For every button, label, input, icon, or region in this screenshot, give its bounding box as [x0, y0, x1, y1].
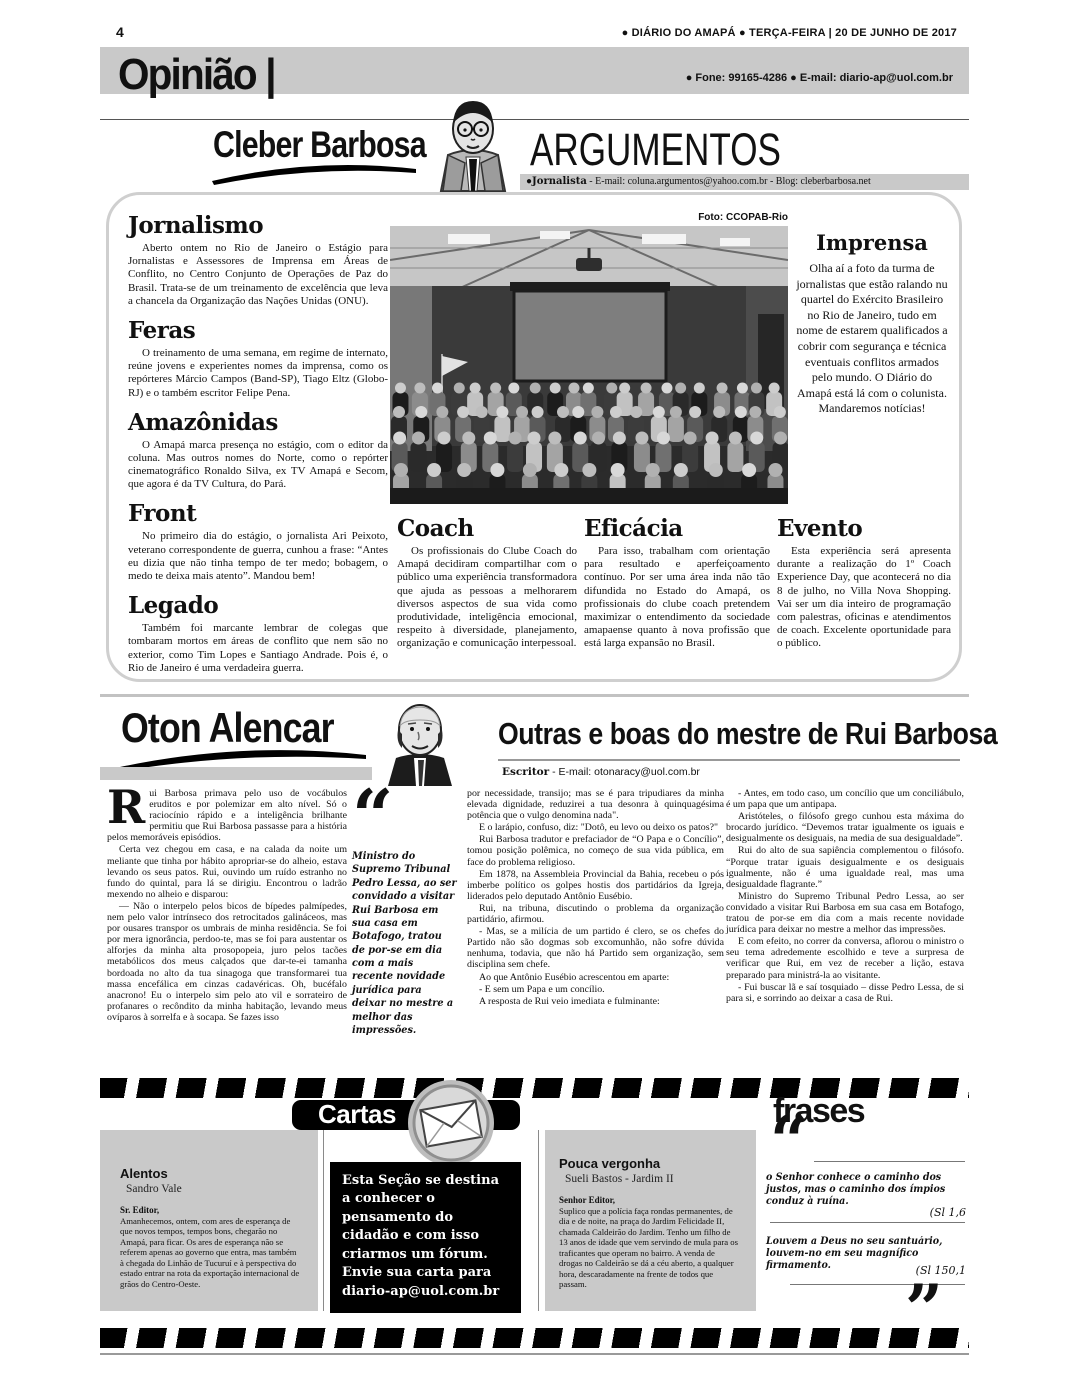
article-body: Esta experiência será apresenta durante … — [777, 545, 951, 651]
article-body: Aberto ontem no Rio de Janeiro o Estágio… — [128, 242, 388, 308]
section-title: Opinião | — [118, 50, 275, 100]
paragraph: Rui do alto de sua sapiência complemento… — [726, 845, 964, 889]
section-divider — [100, 694, 969, 697]
letter-title: Pouca vergonha — [559, 1156, 740, 1171]
credit-role: Jornalista — [532, 176, 587, 187]
article-body: Para isso, trabalham com orientação para… — [584, 545, 770, 651]
paragraph: - Fui buscar lã e saí tosquiado – disse … — [726, 982, 964, 1004]
open-quote-icon: “ — [770, 1122, 808, 1162]
pull-quote-text: Ministro do Supremo Tribunal Pedro Lessa… — [352, 850, 457, 1037]
article-coach: Coach Os profissionais do Clube Coach do… — [397, 515, 577, 651]
credit-contact: - E-mail: otonaracy@uol.com.br — [549, 766, 700, 778]
paragraph: A resposta de Rui veio imediata e fulmin… — [467, 996, 724, 1007]
paragraph: Rui, na tribuna, discutindo o problema d… — [467, 903, 724, 925]
bottom-rule — [100, 1353, 969, 1355]
masthead-rule — [100, 119, 969, 120]
article-jornalismo: Jornalismo Aberto ontem no Rio de Janeir… — [128, 212, 388, 308]
paragraph: - Antes, em todo caso, um concílio que u… — [726, 788, 964, 810]
oton-column-3: - Antes, em todo caso, um concílio que u… — [726, 788, 964, 1005]
article-amazonidas: Amazônidas O Amapá marca presença no est… — [128, 409, 388, 492]
article-eficacia: Eficácia Para isso, trabalham com orient… — [584, 515, 770, 651]
sidebar-title: Imprensa — [795, 230, 949, 255]
article-body: No primeiro dia do estágio, o jornalista… — [128, 530, 388, 583]
paragraph: Aristóteles, o filósofo grego cunhou est… — [726, 811, 964, 844]
letter-title: Alentos — [120, 1166, 302, 1181]
letter-pouca-vergonha: Pouca vergonha Sueli Bastos - Jardim II … — [545, 1130, 756, 1311]
letter-author: Sandro Vale — [120, 1183, 302, 1195]
contact-line: ● Fone: 99165-4286 ● E-mail: diario-ap@u… — [686, 72, 953, 84]
letter-alentos: Alentos Sandro Vale Sr. Editor, Amanhece… — [100, 1130, 318, 1311]
paragraph: Ao que Antônio Eusébio acrescentou em ap… — [467, 972, 724, 983]
frase-ref: (Sl 1,6 — [766, 1206, 966, 1219]
paragraph: Ministro do Supremo Tribunal Pedro Lessa… — [726, 891, 964, 935]
sidebar-body: Olha aí a foto da turma de jornalistas q… — [795, 261, 949, 417]
vertical-divider — [323, 1130, 324, 1311]
letter-body: Amanhecemos, ontem, com ares de esperanç… — [120, 1216, 302, 1289]
cartas-notice-box: Esta Seção se destina a conhecer o pensa… — [330, 1162, 521, 1313]
columnist-name-cleber: Cleber Barbosa — [213, 124, 426, 166]
headline-rule — [498, 759, 960, 761]
letter-salutation: Senhor Editor, — [559, 1195, 740, 1205]
article-body: Também foi marcante lembrar de colegas q… — [128, 622, 388, 675]
pull-quote: “ Ministro do Supremo Tribunal Pedro Les… — [352, 796, 464, 1037]
envelope-icon — [406, 1078, 496, 1168]
paragraph: E o larápio, confuso, diz: "Dotô, eu lev… — [467, 822, 724, 833]
paragraph: Em 1878, na Assembleia Provincial da Bah… — [467, 869, 724, 902]
cartas-title: Cartas — [318, 1099, 396, 1130]
close-quote-icon: ” — [905, 1290, 943, 1330]
open-quote-icon: “ — [352, 796, 464, 838]
newspaper-page: 4 ● DIÁRIO DO AMAPÁ ● TERÇA-FEIRA | 20 D… — [0, 0, 1069, 1383]
credit-contact: - E-mail: coluna.argumentos@yahoo.com.br… — [587, 176, 871, 187]
oton-credit: Escritor - E-mail: otonaracy@uol.com.br — [502, 766, 700, 778]
article-title: Amazônidas — [128, 409, 388, 436]
letter-body: Suplico que a polícia faça rondas perman… — [559, 1206, 740, 1290]
article-body: O treinamento de uma semana, em regime d… — [128, 347, 388, 400]
article-evento: Evento Esta experiência será apresenta d… — [777, 515, 951, 651]
underline-swoosh — [208, 164, 420, 186]
article-title: Feras — [128, 317, 388, 344]
credit-role: Escritor — [502, 766, 549, 778]
letter-salutation: Sr. Editor, — [120, 1205, 302, 1215]
article-title: Eficácia — [584, 515, 770, 542]
columnist-name-oton: Oton Alencar — [121, 704, 334, 752]
oton-column-2: por necessidade, transijo; mas se é para… — [467, 788, 724, 1008]
article-title: Front — [128, 500, 388, 527]
article-body: Os profissionais do Clube Coach do Amapá… — [397, 545, 577, 651]
imprensa-sidebar: Imprensa Olha aí a foto da turma de jorn… — [795, 230, 949, 417]
article-title: Legado — [128, 592, 388, 619]
paragraph: Certa vez chegou em casa, e na calada da… — [107, 844, 347, 899]
group-photo — [390, 226, 788, 504]
article-title: Coach — [397, 515, 577, 542]
columnist-credit: ●Jornalista - E-mail: coluna.argumentos@… — [520, 174, 969, 190]
paragraph: por necessidade, transijo; mas se é para… — [467, 788, 724, 821]
paragraph: - Mas, se a milícia de um partido é cler… — [467, 926, 724, 970]
oton-column-1: Rui Barbosa primava pelo uso de vocábulo… — [107, 788, 347, 1024]
paragraph: — Não o interpelo pelos bicos de bípedes… — [107, 901, 347, 1023]
paragraph: Rui Barbosa primava pelo uso de vocábulo… — [107, 788, 347, 843]
masthead-gray-band — [100, 767, 372, 780]
page-number: 4 — [116, 24, 124, 40]
article-body: O Amapá marca presença no estágio, com o… — [128, 439, 388, 492]
cleber-caricature — [423, 93, 523, 192]
decorative-strip-bottom — [100, 1328, 969, 1348]
letter-author: Sueli Bastos - Jardim II — [559, 1173, 740, 1185]
photo-credit: Foto: CCOPAB-Rio — [390, 212, 788, 223]
frase-divider — [770, 1222, 965, 1223]
quote-rule — [814, 1161, 965, 1162]
paragraph: - E sem um Papa e um concílio. — [467, 984, 724, 995]
vertical-divider — [538, 1130, 539, 1311]
paragraph: Rui Barbosa tradutor e prefaciador de “O… — [467, 834, 724, 867]
article-title: Evento — [777, 515, 951, 542]
edition-line: ● DIÁRIO DO AMAPÁ ● TERÇA-FEIRA | 20 DE … — [622, 27, 957, 39]
drop-cap: R — [107, 788, 149, 826]
frase-quote: o Senhor conhece o caminho dos justos, m… — [766, 1172, 958, 1207]
article-feras: Feras O treinamento de uma semana, em re… — [128, 317, 388, 400]
article-title: Jornalismo — [128, 212, 388, 239]
article-front: Front No primeiro dia do estágio, o jorn… — [128, 500, 388, 583]
article-legado: Legado Também foi marcante lembrar de co… — [128, 592, 388, 675]
headline: Outras e boas do mestre de Rui Barbosa — [498, 716, 997, 752]
cleber-left-column: Jornalismo Aberto ontem no Rio de Janeir… — [128, 212, 388, 675]
paragraph: E com efeito, no correr da conversa, afl… — [726, 936, 964, 980]
column-title: ARGUMENTOS — [530, 124, 781, 176]
